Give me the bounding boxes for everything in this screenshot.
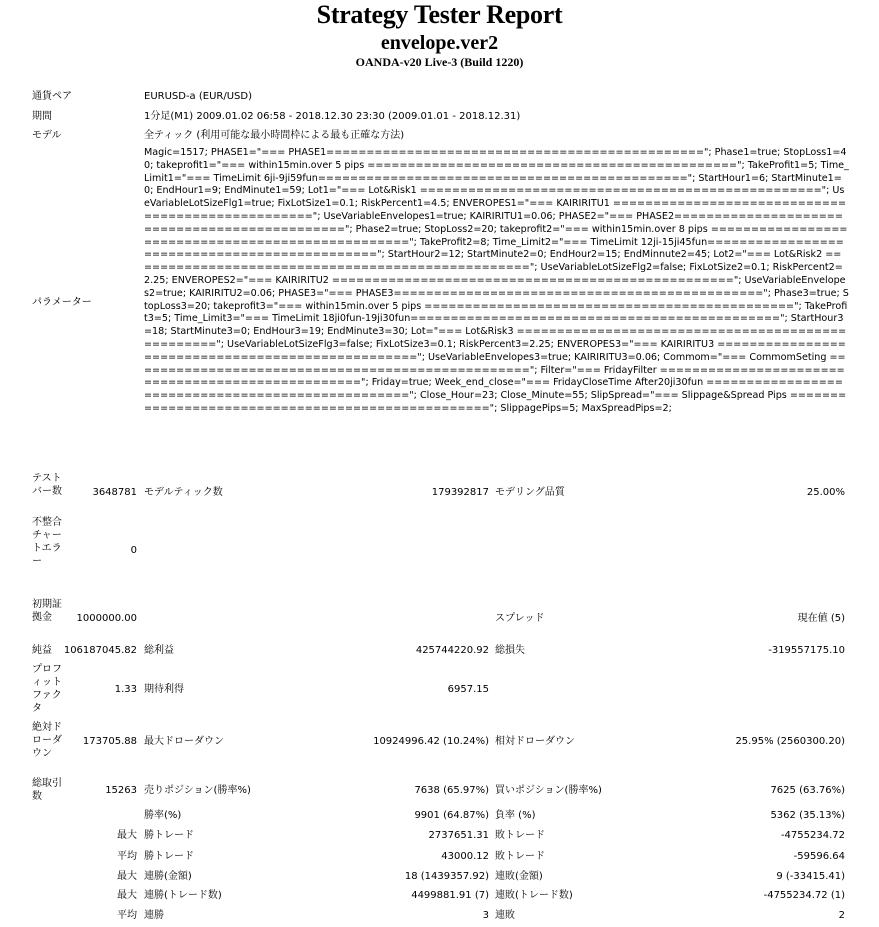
largest-loss-label: 敗トレード — [495, 829, 545, 842]
max-consec-wins-count-label: 連勝(トレード数) — [144, 889, 222, 902]
max-consec-losses-count-value: -4755234.72 (1) — [764, 889, 845, 902]
avg-loss-label: 敗トレード — [495, 850, 545, 863]
max-prefix-2: 最大 — [117, 889, 137, 902]
avg-consec-losses-label: 連敗 — [495, 909, 515, 922]
abs-dd-label: 絶対ドローダウン — [32, 721, 62, 760]
max-dd-label: 最大ドローダウン — [144, 735, 224, 748]
max-consec-losses-count-label: 連敗(トレード数) — [495, 889, 573, 902]
spread-value: 現在値 (5) — [798, 612, 845, 625]
quality-label: モデリング品質 — [495, 486, 565, 499]
total-trades-label: 総取引数 — [32, 777, 62, 803]
total-trades-value: 15263 — [105, 784, 137, 797]
win-rate-label: 勝率(%) — [144, 809, 181, 822]
max-consec-losses-money-value: 9 (-33415.41) — [776, 870, 845, 883]
max-consec-losses-money-label: 連敗(金額) — [495, 870, 543, 883]
gross-loss-label: 総損失 — [495, 644, 525, 657]
avg-win-label: 勝トレード — [144, 850, 194, 863]
model-value: 全ティック (利用可能な最小時間枠による最も正確な方法) — [144, 129, 404, 142]
net-profit-value: 106187045.82 — [64, 644, 137, 657]
symbol-value: EURUSD-a (EUR/USD) — [144, 90, 252, 103]
largest-prefix: 最大 — [117, 829, 137, 842]
long-positions-label: 買いポジション(勝率%) — [495, 784, 602, 797]
net-profit-label: 純益 — [32, 644, 52, 657]
largest-loss-value: -4755234.72 — [781, 829, 845, 842]
report-title: Strategy Tester Report — [0, 0, 879, 30]
short-positions-value: 7638 (65.97%) — [414, 784, 489, 797]
gross-profit-label: 総利益 — [144, 644, 174, 657]
rel-dd-label: 相対ドローダウン — [495, 735, 575, 748]
profit-factor-label: プロフィットファクタ — [32, 663, 62, 715]
deposit-value: 1000000.00 — [77, 612, 137, 625]
avg-consec-wins-value: 3 — [483, 909, 489, 922]
gross-loss-value: -319557175.10 — [768, 644, 845, 657]
deposit-label: 初期証拠金 — [32, 598, 62, 624]
expected-payoff-label: 期待利得 — [144, 683, 184, 696]
server-info: OANDA-v20 Live-3 (Build 1220) — [0, 55, 879, 69]
largest-win-value: 2737651.31 — [429, 829, 489, 842]
max-prefix-1: 最大 — [117, 870, 137, 883]
mismatch-value: 0 — [131, 544, 137, 557]
avg-win-value: 43000.12 — [441, 850, 489, 863]
loss-rate-label: 負率 (%) — [495, 809, 535, 822]
loss-rate-value: 5362 (35.13%) — [770, 809, 845, 822]
params-value: Magic=1517; PHASE1="=== PHASE1==========… — [144, 147, 849, 416]
gross-profit-value: 425744220.92 — [416, 644, 489, 657]
avg-consec-losses-value: 2 — [839, 909, 845, 922]
profit-factor-value: 1.33 — [115, 683, 137, 696]
rel-dd-value: 25.95% (2560300.20) — [735, 735, 845, 748]
avg-consec-wins-label: 連勝 — [144, 909, 164, 922]
max-consec-wins-count-value: 4499881.91 (7) — [411, 889, 489, 902]
average-prefix: 平均 — [117, 850, 137, 863]
ticks-value: 179392817 — [432, 486, 489, 499]
bars-label: テストバー数 — [32, 472, 62, 498]
quality-value: 25.00% — [807, 486, 845, 499]
max-dd-value: 10924996.42 (10.24%) — [373, 735, 489, 748]
avg-loss-value: -59596.64 — [794, 850, 845, 863]
win-rate-value: 9901 (64.87%) — [414, 809, 489, 822]
params-label: パラメーター — [32, 296, 92, 309]
bars-value: 3648781 — [92, 486, 137, 499]
avg-prefix-2: 平均 — [117, 909, 137, 922]
period-label: 期間 — [32, 110, 52, 123]
symbol-label: 通貨ペア — [32, 90, 72, 103]
model-label: モデル — [32, 129, 62, 142]
max-consec-wins-money-label: 連勝(金額) — [144, 870, 192, 883]
ticks-label: モデルティック数 — [144, 486, 223, 499]
long-positions-value: 7625 (63.76%) — [770, 784, 845, 797]
largest-win-label: 勝トレード — [144, 829, 194, 842]
ea-name: envelope.ver2 — [0, 31, 879, 55]
mismatch-label: 不整合チャートエラー — [32, 516, 62, 568]
abs-dd-value: 173705.88 — [83, 735, 137, 748]
period-value: 1分足(M1) 2009.01.02 06:58 - 2018.12.30 23… — [144, 110, 520, 123]
max-consec-wins-money-value: 18 (1439357.92) — [405, 870, 489, 883]
short-positions-label: 売りポジション(勝率%) — [144, 784, 251, 797]
spread-label: スプレッド — [495, 612, 545, 625]
expected-payoff-value: 6957.15 — [448, 683, 489, 696]
